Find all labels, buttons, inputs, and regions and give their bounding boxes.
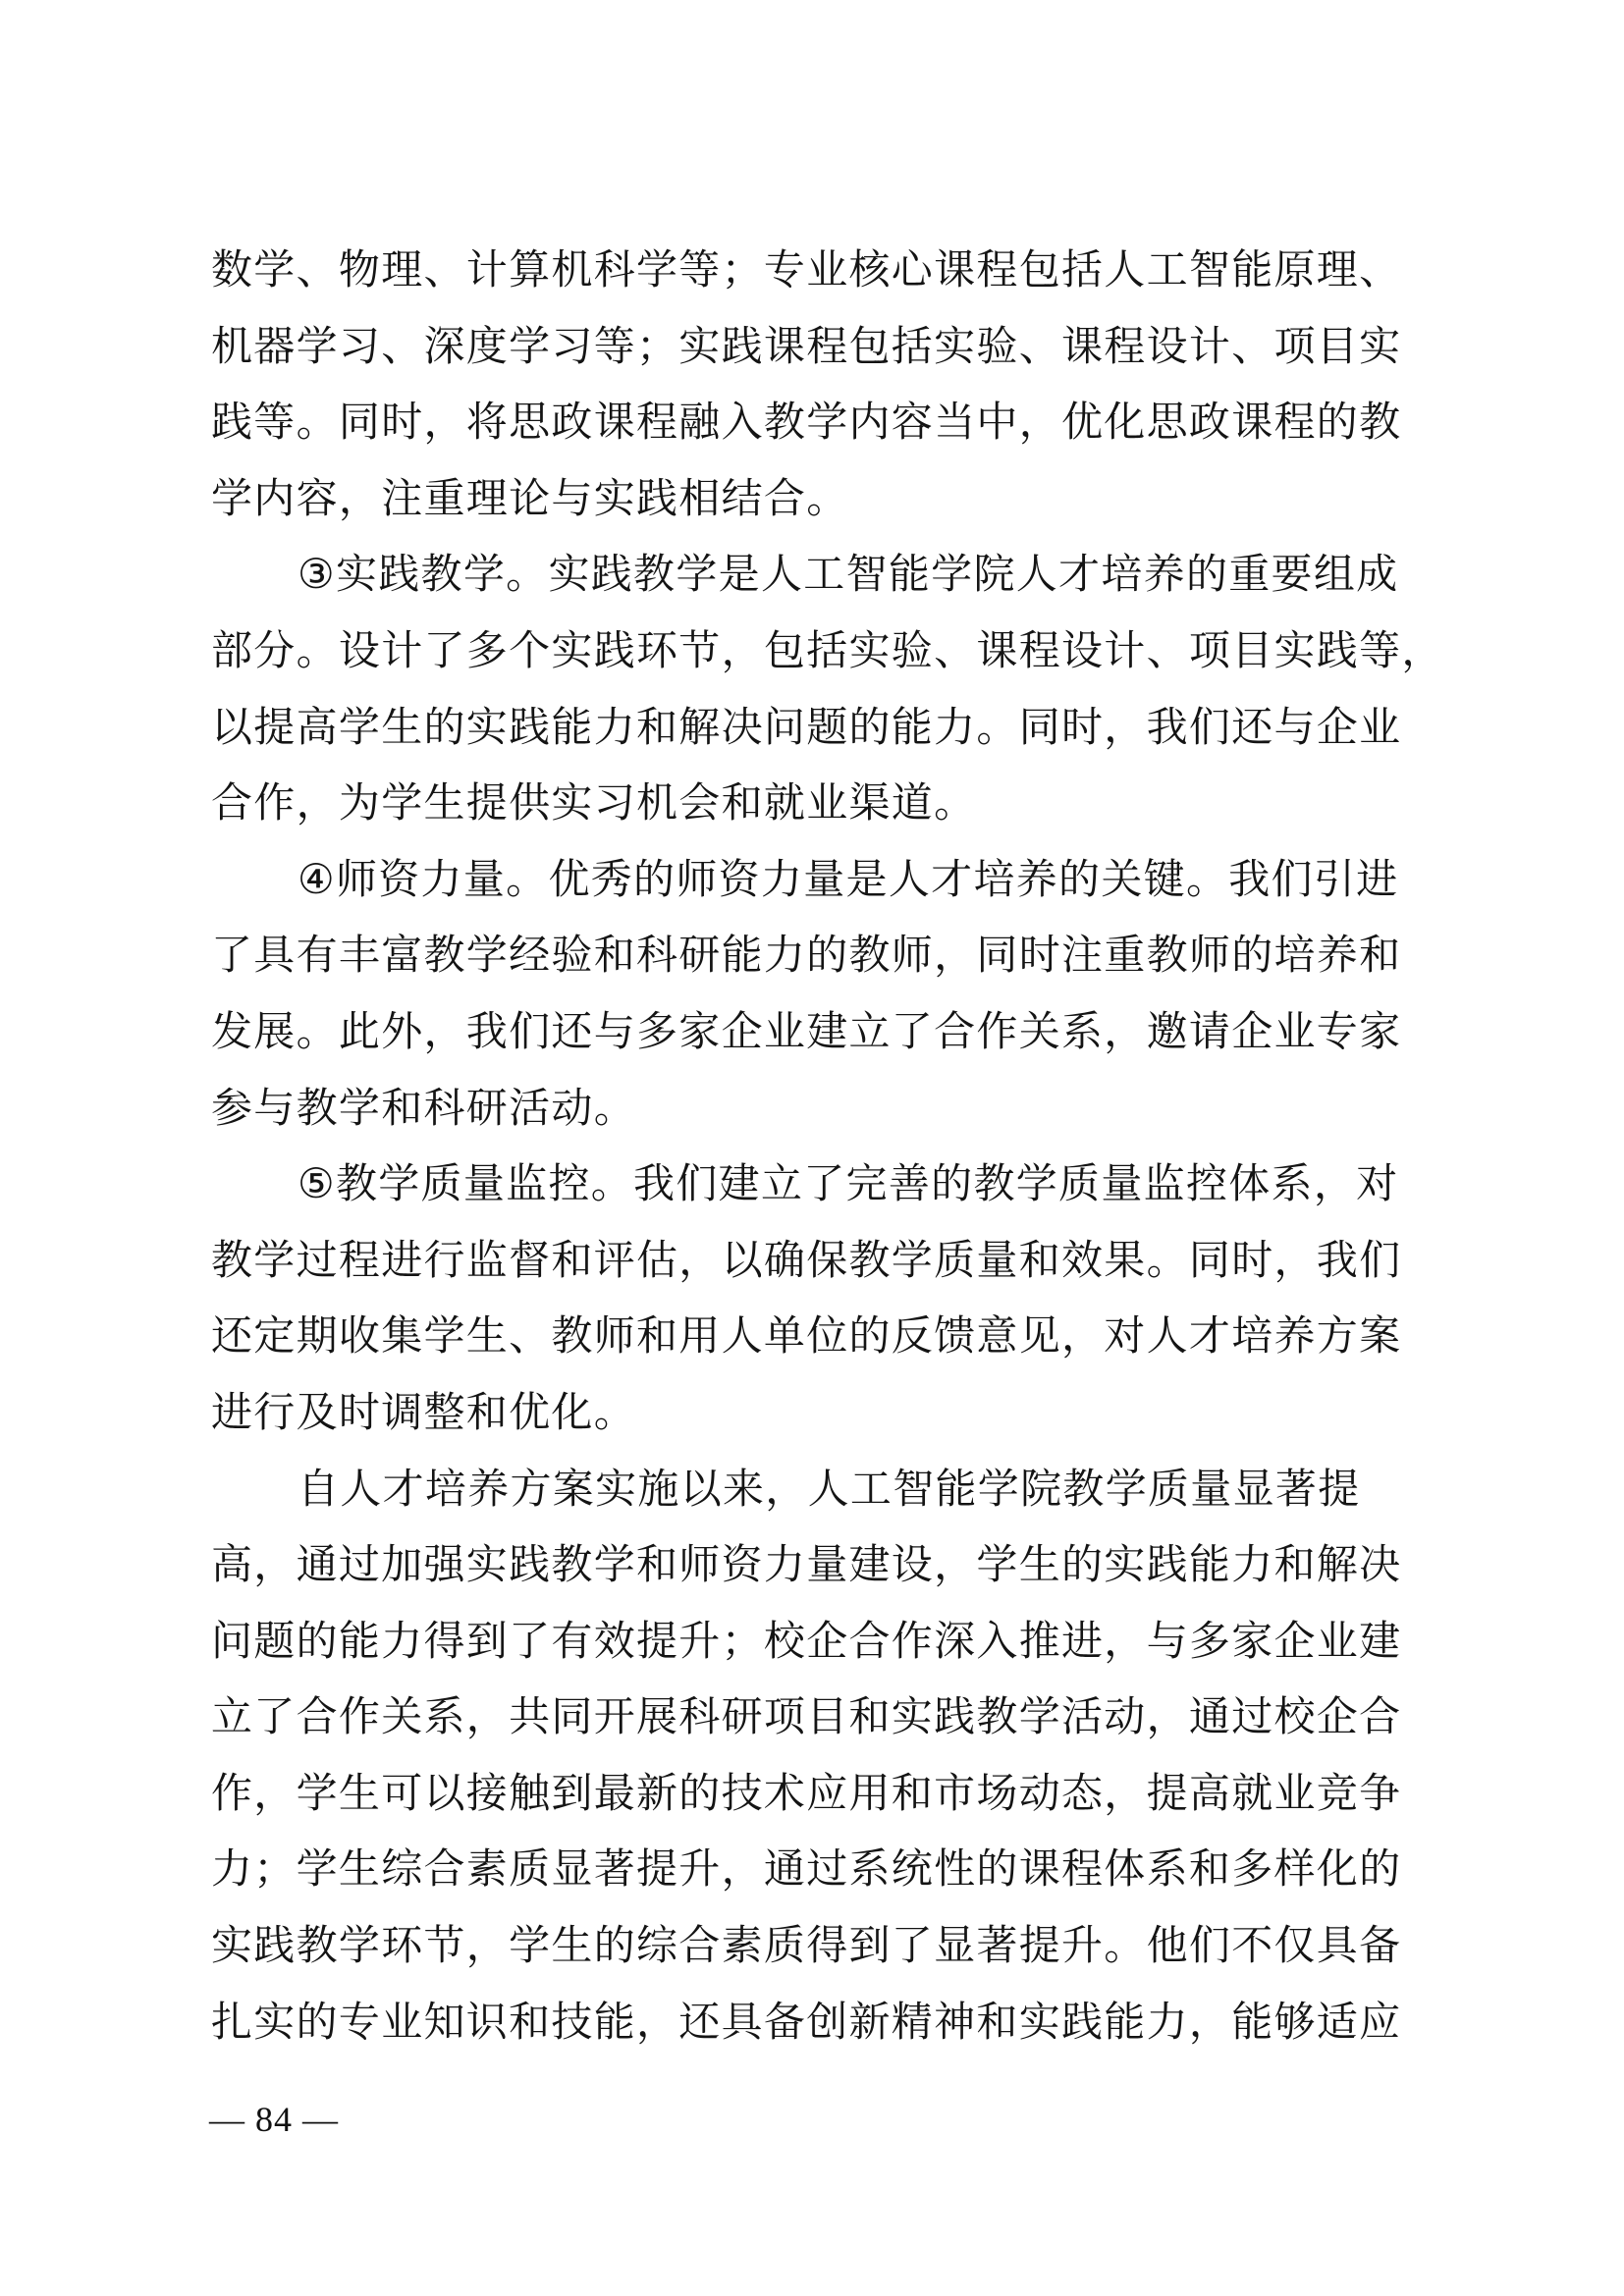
text-line: 作，学生可以接触到最新的技术应用和市场动态，提高就业竞争 bbox=[211, 1755, 1425, 1832]
document-page: 数学、物理、计算机科学等；专业核心课程包括人工智能原理、 机器学习、深度学习等；… bbox=[0, 0, 1624, 2296]
text-line: 实践教学环节，学生的综合素质得到了显著提升。他们不仅具备 bbox=[211, 1907, 1425, 1984]
text-line: ④师资力量。优秀的师资力量是人才培养的关键。我们引进 bbox=[211, 841, 1425, 918]
text-line: 力；学生综合素质显著提升，通过系统性的课程体系和多样化的 bbox=[211, 1831, 1425, 1907]
text-line: ⑤教学质量监控。我们建立了完善的教学质量监控体系，对 bbox=[211, 1146, 1425, 1222]
paragraph-courses-continued: 数学、物理、计算机科学等；专业核心课程包括人工智能原理、 机器学习、深度学习等；… bbox=[211, 232, 1425, 536]
text-line: ③实践教学。实践教学是人工智能学院人才培养的重要组成 bbox=[211, 536, 1425, 613]
paragraph-quality-monitoring: ⑤教学质量监控。我们建立了完善的教学质量监控体系，对 教学过程进行监督和评估，以… bbox=[211, 1146, 1425, 1450]
text-line: 进行及时调整和优化。 bbox=[211, 1374, 1425, 1451]
text-line: 机器学习、深度学习等；实践课程包括实验、课程设计、项目实 bbox=[211, 308, 1425, 385]
paragraph-faculty: ④师资力量。优秀的师资力量是人才培养的关键。我们引进 了具有丰富教学经验和科研能… bbox=[211, 841, 1425, 1146]
text-line: 以提高学生的实践能力和解决问题的能力。同时，我们还与企业 bbox=[211, 689, 1425, 766]
paragraph-outcomes: 自人才培养方案实施以来，人工智能学院教学质量显著提 高，通过加强实践教学和师资力… bbox=[211, 1451, 1425, 2060]
paragraph-practice-teaching: ③实践教学。实践教学是人工智能学院人才培养的重要组成 部分。设计了多个实践环节，… bbox=[211, 536, 1425, 840]
text-line: 学内容，注重理论与实践相结合。 bbox=[211, 460, 1425, 537]
text-line: 扎实的专业知识和技能，还具备创新精神和实践能力，能够适应 bbox=[211, 1984, 1425, 2060]
text-line: 还定期收集学生、教师和用人单位的反馈意见，对人才培养方案 bbox=[211, 1298, 1425, 1374]
text-line: 发展。此外，我们还与多家企业建立了合作关系，邀请企业专家 bbox=[211, 993, 1425, 1070]
text-line: 高，通过加强实践教学和师资力量建设，学生的实践能力和解决 bbox=[211, 1526, 1425, 1603]
text-line: 合作，为学生提供实习机会和就业渠道。 bbox=[211, 765, 1425, 841]
page-number: — 84 — bbox=[209, 2099, 339, 2140]
text-line: 参与教学和科研活动。 bbox=[211, 1070, 1425, 1147]
body-text: 数学、物理、计算机科学等；专业核心课程包括人工智能原理、 机器学习、深度学习等；… bbox=[211, 232, 1425, 2059]
text-line: 自人才培养方案实施以来，人工智能学院教学质量显著提 bbox=[211, 1451, 1425, 1527]
text-line: 部分。设计了多个实践环节，包括实验、课程设计、项目实践等， bbox=[211, 613, 1425, 689]
text-line: 教学过程进行监督和评估，以确保教学质量和效果。同时，我们 bbox=[211, 1222, 1425, 1299]
text-line: 立了合作关系，共同开展科研项目和实践教学活动，通过校企合 bbox=[211, 1679, 1425, 1755]
text-line: 数学、物理、计算机科学等；专业核心课程包括人工智能原理、 bbox=[211, 232, 1425, 308]
text-line: 了具有丰富教学经验和科研能力的教师，同时注重教师的培养和 bbox=[211, 917, 1425, 993]
text-line: 践等。同时，将思政课程融入教学内容当中，优化思政课程的教 bbox=[211, 384, 1425, 460]
text-line: 问题的能力得到了有效提升；校企合作深入推进，与多家企业建 bbox=[211, 1603, 1425, 1680]
